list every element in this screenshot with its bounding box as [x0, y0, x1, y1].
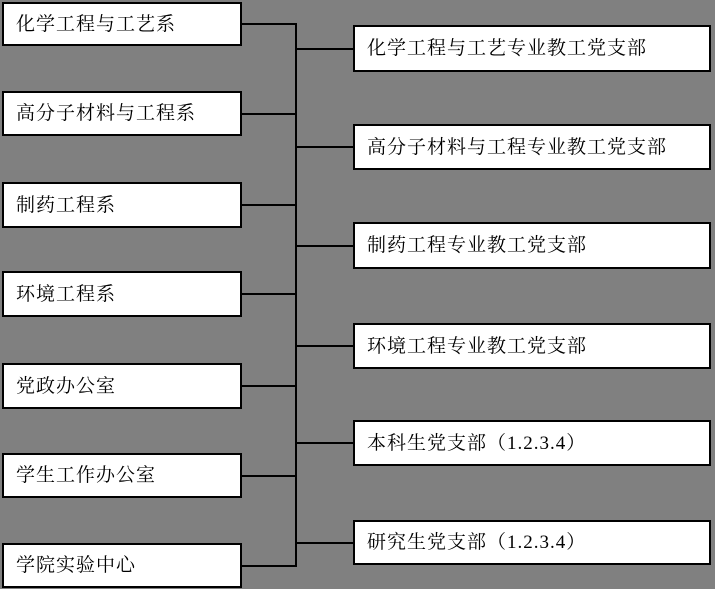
left-box-1: 化学工程与工艺系	[2, 2, 242, 46]
right-connector-line	[295, 245, 353, 247]
right-box-label: 本科生党支部（1.2.3.4）	[355, 434, 586, 453]
right-box-4: 环境工程专业教工党支部	[353, 323, 711, 369]
right-box-1: 化学工程与工艺专业教工党支部	[353, 25, 711, 72]
left-box-label: 学院实验中心	[4, 556, 136, 575]
left-box-7: 学院实验中心	[2, 543, 242, 588]
left-connector-line	[242, 113, 297, 115]
left-box-5: 党政办公室	[2, 363, 242, 409]
right-box-3: 制药工程专业教工党支部	[353, 222, 711, 269]
right-connector-line	[295, 442, 353, 444]
trunk-line	[295, 23, 297, 567]
right-box-label: 研究生党支部（1.2.3.4）	[355, 533, 586, 552]
left-box-label: 化学工程与工艺系	[4, 15, 176, 34]
left-connector-line	[242, 293, 297, 295]
left-connector-line	[242, 475, 297, 477]
left-box-3: 制药工程系	[2, 182, 242, 228]
org-chart: 化学工程与工艺系高分子材料与工程系制药工程系环境工程系党政办公室学生工作办公室学…	[0, 0, 715, 589]
left-box-4: 环境工程系	[2, 271, 242, 317]
left-box-label: 高分子材料与工程系	[4, 104, 196, 123]
left-box-label: 环境工程系	[4, 285, 116, 304]
left-box-2: 高分子材料与工程系	[2, 91, 242, 136]
left-connector-line	[242, 23, 297, 25]
right-box-label: 高分子材料与工程专业教工党支部	[355, 138, 667, 157]
right-box-2: 高分子材料与工程专业教工党支部	[353, 124, 711, 170]
right-box-label: 化学工程与工艺专业教工党支部	[355, 39, 647, 58]
left-connector-line	[242, 565, 297, 567]
left-connector-line	[242, 385, 297, 387]
left-box-label: 制药工程系	[4, 196, 116, 215]
right-box-label: 制药工程专业教工党支部	[355, 236, 587, 255]
right-connector-line	[295, 345, 353, 347]
right-connector-line	[295, 146, 353, 148]
right-connector-line	[295, 542, 353, 544]
left-box-label: 学生工作办公室	[4, 466, 156, 485]
left-box-6: 学生工作办公室	[2, 453, 242, 498]
right-box-5: 本科生党支部（1.2.3.4）	[353, 420, 711, 466]
left-connector-line	[242, 204, 297, 206]
right-box-6: 研究生党支部（1.2.3.4）	[353, 520, 711, 565]
left-box-label: 党政办公室	[4, 377, 116, 396]
right-box-label: 环境工程专业教工党支部	[355, 337, 587, 356]
right-connector-line	[295, 48, 353, 50]
